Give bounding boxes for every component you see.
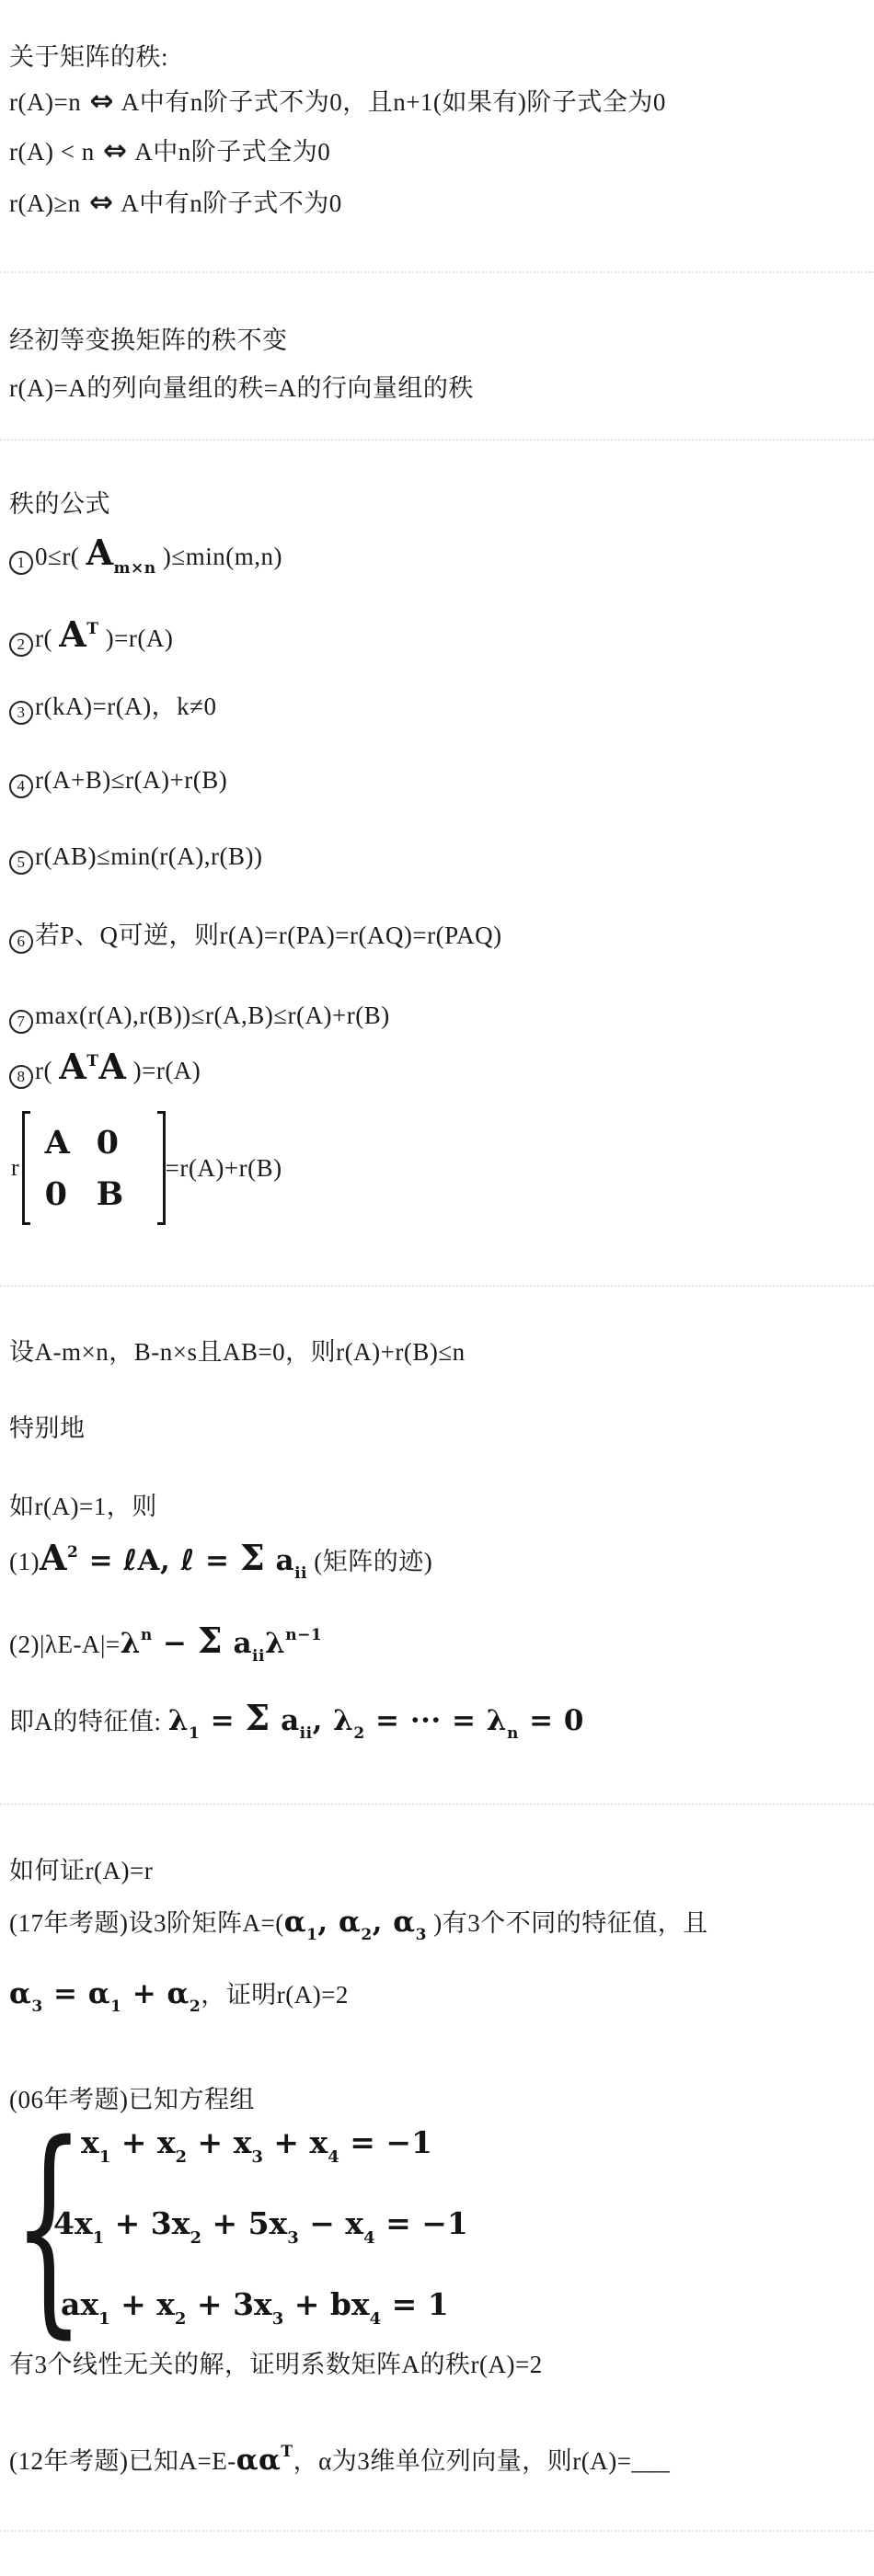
segment-t: r(A) < n: [9, 138, 101, 166]
segment-sub: 1: [99, 2147, 111, 2167]
matrix-rhs: =r(A)+r(B): [166, 1154, 282, 1183]
segment-m: = 1: [381, 2286, 449, 2322]
segment-t: 若P、Q可逆，则r(A)=r(PA)=r(AQ)=r(PAQ): [35, 922, 502, 949]
segment-m: λ: [265, 1627, 285, 1660]
segment-t: )=r(A): [98, 624, 173, 652]
matrix-bracket-right: [157, 1111, 166, 1225]
segment-m: + bx: [283, 2286, 369, 2322]
segment-t: )=r(A): [126, 1057, 201, 1084]
segment-m: λ: [168, 1704, 189, 1737]
segment-cn: 3: [9, 701, 33, 725]
segment-m: , α: [373, 1906, 416, 1939]
text-column-row-rank: r(A)=A的列向量组的秩=A的行向量组的秩: [9, 372, 474, 405]
segment-sup: n−1: [285, 1626, 322, 1644]
matrix-r-label: r: [11, 1154, 19, 1182]
segment-sub: 2: [175, 2309, 187, 2329]
formula-7: 7max(r(A),r(B))≤r(A,B)≤r(A)+r(B): [9, 999, 390, 1034]
formula-alpha-sum: α3 = α1 + α2，证明r(A)=2: [9, 1977, 349, 2023]
equation-rows: x1 + x2 + x3 + x4 = −1 4x1 + 3x2 + 5x3 −…: [53, 2110, 468, 2353]
segment-sub: ii: [300, 1724, 313, 1743]
segment-sub: 4: [328, 2147, 339, 2167]
text-elementary-transform: 经初等变换矩阵的秩不变: [9, 324, 288, 357]
segment-m: + 3x: [104, 2205, 190, 2241]
segment-sub: 2: [190, 1998, 201, 2016]
formula-rank-equals-n: r(A)=n ⇔ A中有n阶子式不为0，且n+1(如果有)阶子式全为0: [9, 85, 666, 119]
segment-m: αα: [236, 2444, 282, 2477]
segment-sub: 3: [31, 1998, 42, 2016]
segment-ar: ⇔: [101, 134, 129, 167]
segment-sup: T: [281, 2443, 293, 2461]
equation-system: { x1 + x2 + x3 + x4 = −1 4x1 + 3x2 + 5x3…: [13, 2130, 468, 2332]
formula-eigenvalues: 即A的特征值: λ1 = Σ aii, λ2 = ··· = λn = 0: [9, 1701, 584, 1750]
segment-cn: 2: [9, 633, 33, 657]
segment-m: , λ: [313, 1704, 354, 1737]
segment-M: A: [59, 1046, 86, 1087]
formula-1: 10≤r( Am×n )≤min(m,n): [9, 536, 282, 585]
segment-t: ，α为3维单位列向量，则r(A)=___: [293, 2447, 671, 2475]
text-exam-2012: (12年考题)已知A=E-ααT，α为3维单位列向量，则r(A)=___: [9, 2435, 670, 2478]
segment-m: α: [9, 1977, 31, 2010]
formula-3: 3r(kA)=r(A)，k≠0: [9, 690, 217, 725]
segment-sup: 2: [67, 1543, 78, 1562]
segment-sg: Σ: [245, 1697, 270, 1738]
segment-cn: 1: [9, 551, 33, 575]
matrix-bracket-left: [22, 1111, 30, 1225]
segment-t: r(AB)≤min(r(A),r(B)): [35, 842, 263, 870]
segment-sub: 1: [110, 1998, 121, 2016]
segment-sg: Σ: [198, 1620, 223, 1661]
segment-m: = −1: [375, 2205, 468, 2241]
segment-m: a: [223, 1627, 252, 1660]
separator: [0, 1803, 874, 1805]
segment-M: A: [40, 1537, 67, 1578]
segment-t: r(kA)=r(A)，k≠0: [35, 693, 217, 720]
segment-t: max(r(A),r(B))≤r(A,B)≤r(A)+r(B): [35, 1002, 390, 1029]
segment-t: r(: [35, 624, 59, 652]
separator: [0, 1285, 874, 1287]
segment-sub: 1: [98, 2309, 110, 2329]
separator: [0, 439, 874, 441]
segment-m: = ℓA, ℓ =: [78, 1544, 240, 1577]
text-howto-prove: 如何证r(A)=r: [9, 1854, 153, 1887]
segment-m: , α: [317, 1906, 361, 1939]
segment-sub: 2: [190, 2228, 201, 2248]
segment-m: = −1: [339, 2124, 432, 2160]
segment-sub: 4: [363, 2228, 375, 2248]
segment-m: =: [200, 1704, 245, 1737]
segment-sub: 1: [306, 1926, 317, 1944]
left-brace: {: [13, 2114, 85, 2340]
segment-t: r(A+B)≤r(A)+r(B): [35, 766, 227, 794]
segment-ar: ⇔: [87, 85, 115, 118]
segment-cn: 5: [9, 851, 33, 875]
section1-title: 关于矩阵的秩:: [9, 40, 168, 74]
equation-row-1: x1 + x2 + x3 + x4 = −1: [53, 2110, 468, 2191]
formula-2: 2r( AT )=r(A): [9, 613, 173, 657]
formula-char-poly: (2)|λE-A|=λn − Σ aiiλn−1: [9, 1619, 322, 1673]
segment-sub: 2: [176, 2147, 188, 2167]
matrix-cell-0a: 0: [97, 1116, 143, 1168]
segment-sub: ii: [294, 1564, 307, 1583]
segment-m: = ··· = λ: [365, 1704, 507, 1737]
separator: [0, 271, 874, 273]
text-rank-one-intro: 如r(A)=1，则: [9, 1490, 157, 1523]
segment-m: + x: [110, 2124, 175, 2160]
segment-m: + x: [263, 2124, 328, 2160]
formula-6: 6若P、Q可逆，则r(A)=r(PA)=r(AQ)=r(PAQ): [9, 919, 502, 954]
segment-sub: 2: [361, 1926, 372, 1944]
segment-t: (17年考题)设3阶矩阵A=(: [9, 1909, 284, 1937]
segment-M: A: [59, 613, 86, 655]
segment-t: r(: [35, 1057, 59, 1084]
formula-rank-geq-n: r(A)≥n ⇔ A中有n阶子式不为0: [9, 186, 342, 220]
segment-sub: 4: [370, 2309, 382, 2329]
segment-m: = α: [43, 1977, 110, 2010]
segment-t: (2)|λE-A|=: [9, 1631, 121, 1658]
segment-t: 即A的特征值:: [9, 1708, 168, 1735]
segment-m: + 5x: [201, 2205, 287, 2241]
segment-t: A中n阶子式全为0: [129, 138, 330, 166]
segment-m: −: [153, 1627, 198, 1660]
segment-t: )≤min(m,n): [156, 543, 282, 570]
segment-m: a: [265, 1544, 294, 1577]
segment-m: α: [284, 1906, 306, 1939]
segment-t: r(A)≥n: [9, 189, 87, 217]
segment-M: A: [98, 1046, 126, 1087]
segment-cn: 7: [9, 1010, 33, 1034]
segment-t: (12年考题)已知A=E-: [9, 2447, 236, 2475]
segment-sub: 1: [189, 1724, 200, 1743]
segment-m: + α: [121, 1977, 189, 2010]
segment-m: λ: [121, 1627, 141, 1660]
segment-t: (矩阵的迹): [307, 1548, 432, 1575]
segment-sub: n: [507, 1724, 519, 1743]
matrix-cells: A 0 0 B: [30, 1113, 157, 1223]
text-exam-2017: (17年考题)设3阶矩阵A=(α1, α2, α3 )有3个不同的特征值，且: [9, 1906, 708, 1952]
segment-sub: 3: [416, 1926, 427, 1944]
segment-sub: 3: [287, 2228, 299, 2248]
segment-m: + 3x: [186, 2286, 271, 2322]
segment-t: ，证明r(A)=2: [201, 1981, 349, 2009]
segment-t: (1): [9, 1548, 40, 1575]
text-ab-zero-rule: 设A-m×n，B-n×s且AB=0，则r(A)+r(B)≤n: [9, 1335, 466, 1368]
segment-t: A中有n阶子式不为0，且n+1(如果有)阶子式全为0: [116, 88, 666, 116]
equation-row-3: ax1 + x2 + 3x3 + bx4 = 1: [53, 2272, 468, 2353]
segment-m: = 0: [519, 1704, 584, 1737]
segment-m: − x: [299, 2205, 363, 2241]
segment-m: + x: [110, 2286, 175, 2322]
matrix-cell-a: A: [45, 1116, 91, 1168]
segment-sub: 3: [251, 2147, 263, 2167]
text-three-solutions: 有3个线性无关的解，证明系数矩阵A的秩r(A)=2: [9, 2348, 543, 2381]
block-matrix-formula: r A 0 0 B =r(A)+r(B): [11, 1108, 282, 1228]
segment-sup: n: [141, 1626, 153, 1644]
segment-sub: 2: [353, 1724, 364, 1743]
separator: [0, 2530, 874, 2532]
section3-heading: 秩的公式: [9, 487, 110, 521]
segment-cn: 6: [9, 930, 33, 954]
segment-m: + x: [187, 2124, 251, 2160]
segment-sup: T: [86, 620, 98, 638]
formula-rank-less-n: r(A) < n ⇔ A中n阶子式全为0: [9, 134, 330, 168]
segment-sup: T: [86, 1052, 98, 1070]
matrix-cell-b: B: [97, 1168, 143, 1219]
formula-8: 8r( ATA )=r(A): [9, 1045, 201, 1089]
segment-ar: ⇔: [87, 186, 115, 219]
segment-t: )有3个不同的特征值，且: [427, 1909, 708, 1937]
segment-m: a: [270, 1704, 300, 1737]
segment-sg: Σ: [240, 1537, 265, 1578]
segment-cn: 8: [9, 1065, 33, 1089]
segment-t: A中有n阶子式不为0: [116, 189, 342, 217]
formula-5: 5r(AB)≤min(r(A),r(B)): [9, 840, 263, 875]
formula-4: 4r(A+B)≤r(A)+r(B): [9, 763, 227, 798]
formula-rank1-square: (1)A2 = ℓA, ℓ = Σ aii (矩阵的迹): [9, 1536, 432, 1590]
matrix-cell-0b: 0: [45, 1168, 91, 1219]
notes-page: 关于矩阵的秩: r(A)=n ⇔ A中有n阶子式不为0，且n+1(如果有)阶子式…: [0, 0, 874, 2576]
segment-sub: m×n: [114, 559, 156, 578]
segment-sub: 1: [93, 2228, 105, 2248]
equation-row-2: 4x1 + 3x2 + 5x3 − x4 = −1: [53, 2191, 468, 2272]
segment-t: r(A)=n: [9, 88, 87, 116]
segment-cn: 4: [9, 774, 33, 798]
segment-sub: ii: [252, 1647, 265, 1666]
text-special-heading: 特别地: [9, 1412, 86, 1445]
segment-M: A: [86, 532, 114, 573]
segment-t: 0≤r(: [35, 543, 86, 570]
segment-sub: 3: [272, 2309, 284, 2329]
